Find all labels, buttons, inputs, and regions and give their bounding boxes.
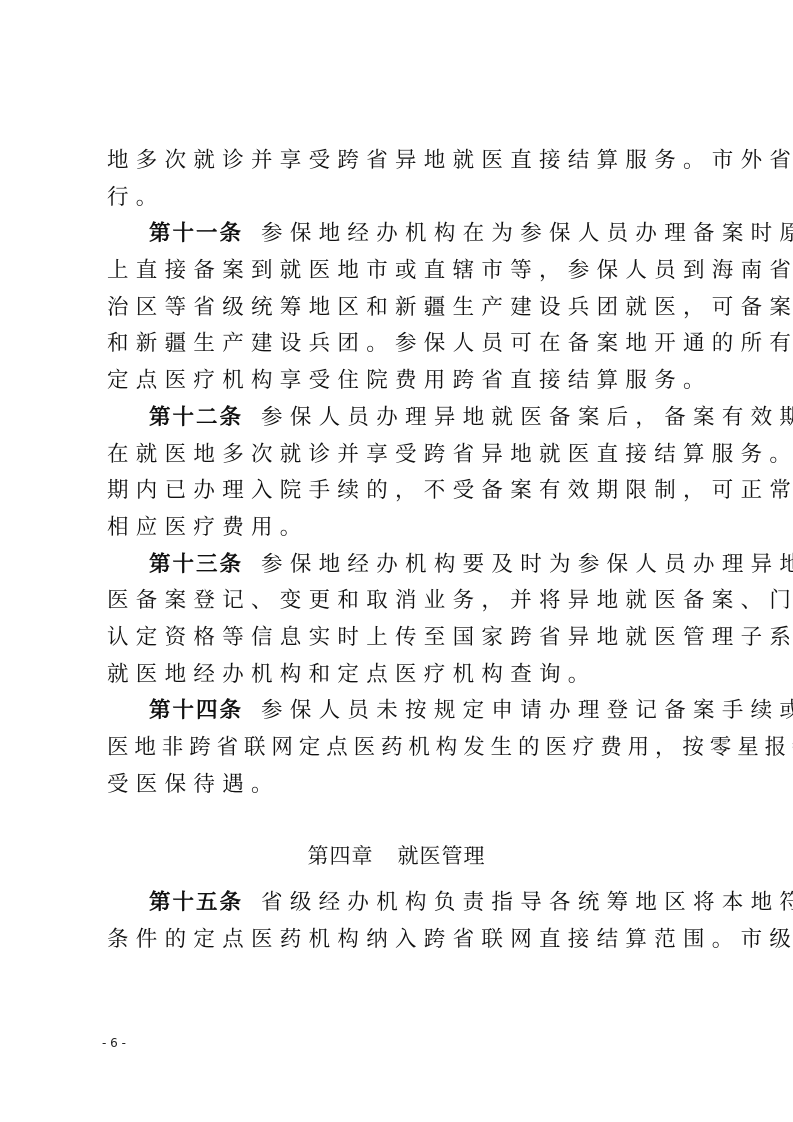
article-11: 第十一条参保地经办机构在为参保人员办理备案时原则 上直接备案到就医地市或直辖市等… — [107, 216, 693, 399]
article-label: 第十四条 — [149, 698, 243, 723]
paragraph-line: 上直接备案到就医地市或直辖市等，参保人员到海南省、西藏自 — [107, 253, 693, 290]
article-text: 参保人员未按规定申请办理登记备案手续或在就 — [261, 698, 793, 723]
paragraph-line: 认定资格等信息实时上传至国家跨省异地就医管理子系统，方便 — [107, 620, 693, 657]
article-label: 第十一条 — [149, 221, 243, 246]
article-14: 第十四条参保人员未按规定申请办理登记备案手续或在就 医地非跨省联网定点医药机构发… — [107, 693, 693, 803]
article-text: 省级经办机构负责指导各统筹地区将本地符合 — [261, 890, 793, 915]
paragraph-line: 受医保待遇。 — [107, 767, 693, 804]
paragraph-line: 地多次就诊并享受跨省异地就医直接结算服务。市外省内比照执 — [107, 143, 693, 180]
article-text: 参保地经办机构在为参保人员办理备案时原则 — [261, 221, 793, 246]
article-13: 第十三条参保地经办机构要及时为参保人员办理异地就 医备案登记、变更和取消业务，并… — [107, 547, 693, 694]
document-page: 地多次就诊并享受跨省异地就医直接结算服务。市外省内比照执 行。 第十一条参保地经… — [0, 0, 793, 1122]
paragraph-line: 治区等省级统筹地区和新疆生产建设兵团就医，可备案到就医省 — [107, 290, 693, 327]
paragraph-line: 和新疆生产建设兵团。参保人员可在备案地开通的所有跨省联网 — [107, 326, 693, 363]
chapter-body: 第十五条省级经办机构负责指导各统筹地区将本地符合 条件的定点医药机构纳入跨省联网… — [107, 885, 693, 958]
chapter-heading: 第四章就医管理 — [0, 838, 793, 874]
paragraph-line: 定点医疗机构享受住院费用跨省直接结算服务。 — [107, 363, 693, 400]
article-label: 第十二条 — [149, 405, 243, 430]
article-text: 参保地经办机构要及时为参保人员办理异地就 — [261, 552, 793, 577]
paragraph-line: 行。 — [107, 180, 693, 217]
paragraph-line: 就医地经办机构和定点医疗机构查询。 — [107, 657, 693, 694]
document-body: 地多次就诊并享受跨省异地就医直接结算服务。市外省内比照执 行。 第十一条参保地经… — [107, 143, 693, 803]
paragraph-line: 医地非跨省联网定点医药机构发生的医疗费用，按零星报销流程享 — [107, 730, 693, 767]
page-number: - 6 - — [102, 1036, 126, 1050]
article-label: 第十三条 — [149, 552, 243, 577]
paragraph-line: 医备案登记、变更和取消业务，并将异地就医备案、门诊慢特病 — [107, 583, 693, 620]
chapter-number: 第四章 — [308, 844, 374, 868]
chapter-title: 就医管理 — [398, 844, 486, 868]
paragraph-line: 条件的定点医药机构纳入跨省联网直接结算范围。市级经办机构 — [107, 922, 693, 959]
article-12: 第十二条参保人员办理异地就医备案后，备案有效期内可 在就医地多次就诊并享受跨省异… — [107, 400, 693, 547]
article-label: 第十五条 — [149, 890, 243, 915]
paragraph-line: 在就医地多次就诊并享受跨省异地就医直接结算服务。备案有效 — [107, 437, 693, 474]
article-text: 参保人员办理异地就医备案后，备案有效期内可 — [261, 405, 793, 430]
article-15: 第十五条省级经办机构负责指导各统筹地区将本地符合 条件的定点医药机构纳入跨省联网… — [107, 885, 693, 958]
paragraph-line: 相应医疗费用。 — [107, 510, 693, 547]
paragraph-line: 期内已办理入院手续的，不受备案有效期限制，可正常直接结算 — [107, 473, 693, 510]
